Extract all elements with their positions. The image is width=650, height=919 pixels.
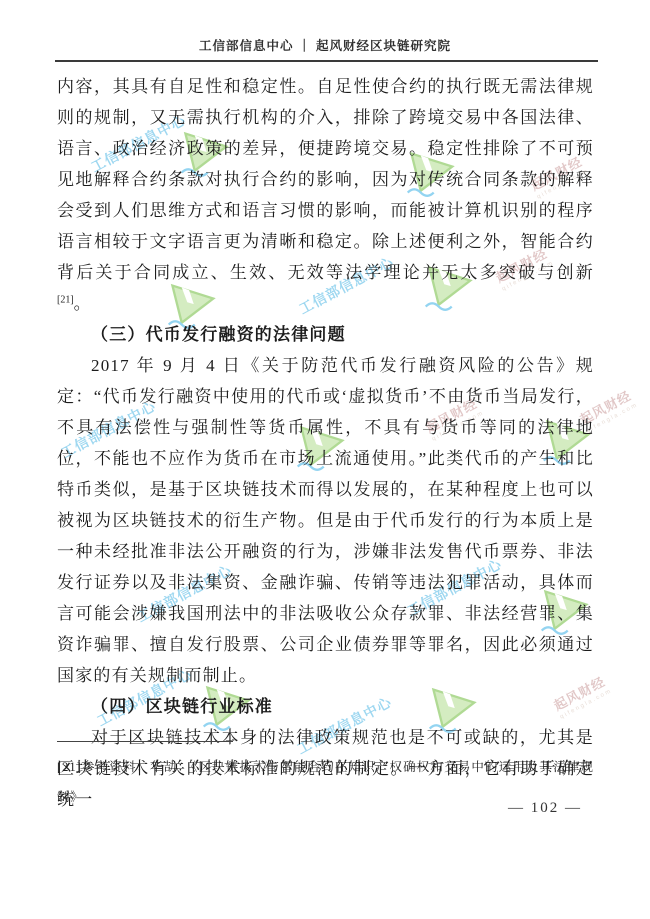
footnote-reference-21: [21] bbox=[57, 294, 74, 305]
paragraph-smart-contract: 内容，其具有自足性和稳定性。自足性使合约的执行既无需法律规则的规制，又无需执行机… bbox=[57, 71, 594, 319]
page-header-title: 工信部信息中心 ｜ 起风财经区块链研究院 bbox=[0, 36, 650, 54]
paragraph-token-financing: 2017 年 9 月 4 日《关于防范代币发行融资风险的公告》规定：“代币发行融… bbox=[57, 350, 594, 691]
document-body: 内容，其具有自足性和稳定性。自足性使合约的执行既无需法律规则的规制，又无需执行机… bbox=[57, 71, 594, 815]
section-heading-4: （四）区块链行业标准 bbox=[57, 691, 594, 722]
document-page: 工信部信息中心 工信部信息中心 工信部信息中心 工信部信息中心 工信部信息中心 … bbox=[0, 0, 650, 919]
paragraph-text: 内容，其具有自足性和稳定性。自足性使合约的执行既无需法律规则的规制，又无需执行机… bbox=[57, 77, 594, 282]
section-heading-3: （三）代币发行融资的法律问题 bbox=[57, 319, 594, 350]
page-number: — 102 — bbox=[508, 800, 582, 817]
sentence-end: 。 bbox=[74, 294, 92, 313]
footnote-divider bbox=[57, 741, 233, 742]
header-divider bbox=[55, 60, 598, 62]
